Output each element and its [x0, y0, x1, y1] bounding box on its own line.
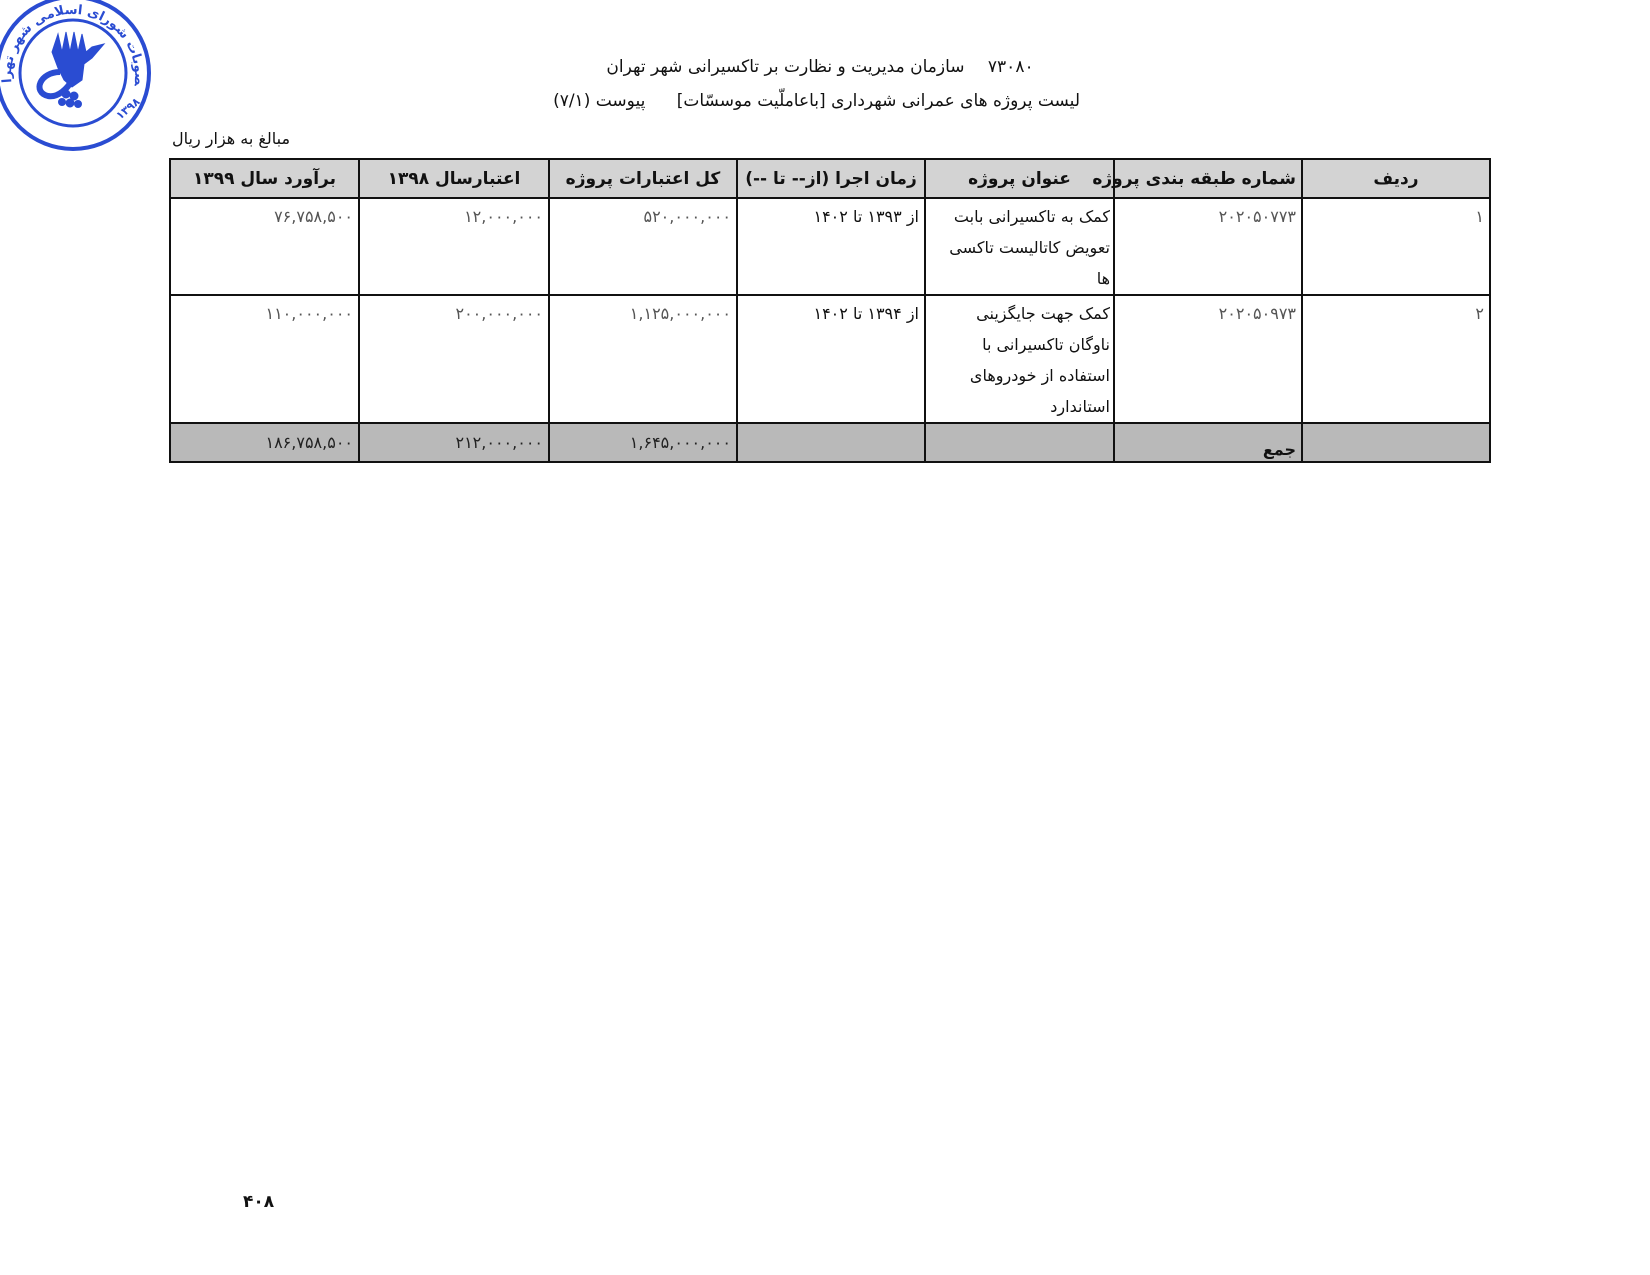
- council-stamp-icon: مصوبات شورای اسلامی شهر تهران ۱۳۹۸: [0, 0, 154, 154]
- organization-name: سازمان مدیریت و نظارت بر تاکسیرانی شهر ت…: [606, 57, 964, 77]
- estimate-1399-cell: ۷۶,۷۵۸,۵۰۰: [170, 198, 359, 295]
- row-number-cell: ۱: [1302, 198, 1490, 295]
- subtitle-text: لیست پروژه های عمرانی شهرداری [باعاملّیت…: [677, 91, 1080, 111]
- totals-row: جمع ۱,۶۴۵,۰۰۰,۰۰۰ ۲۱۲,۰۰۰,۰۰۰ ۱۸۶,۷۵۸,۵۰…: [170, 423, 1490, 462]
- estimate-1399-cell: ۱۱۰,۰۰۰,۰۰۰: [170, 295, 359, 423]
- document-header: ۷۳۰۸۰ سازمان مدیریت و نظارت بر تاکسیرانی…: [560, 50, 1080, 118]
- totals-credit-1398: ۲۱۲,۰۰۰,۰۰۰: [359, 423, 549, 462]
- row-number-cell: ۲: [1302, 295, 1490, 423]
- credit-1398-cell: ۱۲,۰۰۰,۰۰۰: [359, 198, 549, 295]
- period-cell: از ۱۳۹۳ تا ۱۴۰۲: [737, 198, 925, 295]
- column-header-total-credit: کل اعتبارات پروژه: [549, 159, 737, 198]
- page-number: ۴۰۸: [243, 1192, 274, 1212]
- column-header-estimate-1399: برآورد سال ۱۳۹۹: [170, 159, 359, 198]
- table-row: ۱ ۲۰۲۰۵۰۷۷۳ کمک به تاکسیرانی بابت تعویض …: [170, 198, 1490, 295]
- classification-cell: ۲۰۲۰۵۰۷۷۳: [1114, 198, 1302, 295]
- document-subtitle: لیست پروژه های عمرانی شهرداری [باعاملّیت…: [560, 84, 1080, 118]
- total-credit-cell: ۵۲۰,۰۰۰,۰۰۰: [549, 198, 737, 295]
- column-header-period: زمان اجرا (از-- تا --): [737, 159, 925, 198]
- total-credit-cell: ۱,۱۲۵,۰۰۰,۰۰۰: [549, 295, 737, 423]
- column-header-credit-1398: اعتبارسال ۱۳۹۸: [359, 159, 549, 198]
- appendix-label: پیوست (۷/۱): [553, 91, 645, 111]
- column-header-project-title: عنوان پروژه: [925, 159, 1114, 198]
- totals-empty-cell: [737, 423, 925, 462]
- column-header-row-number: ردیف: [1302, 159, 1490, 198]
- credit-1398-cell: ۲۰۰,۰۰۰,۰۰۰: [359, 295, 549, 423]
- organization-code: ۷۳۰۸۰: [988, 57, 1034, 77]
- totals-label: جمع: [1114, 423, 1302, 462]
- project-title-cell: کمک جهت جایگزینی ناوگان تاکسیرانی با است…: [925, 295, 1114, 423]
- organization-title: ۷۳۰۸۰ سازمان مدیریت و نظارت بر تاکسیرانی…: [560, 50, 1080, 84]
- projects-table: ردیف شماره طبقه بندی پروژه عنوان پروژه ز…: [169, 158, 1491, 463]
- classification-cell: ۲۰۲۰۵۰۹۷۳: [1114, 295, 1302, 423]
- column-header-classification: شماره طبقه بندی پروژه: [1114, 159, 1302, 198]
- period-cell: از ۱۳۹۴ تا ۱۴۰۲: [737, 295, 925, 423]
- currency-unit-label: مبالغ به هزار ریال: [172, 129, 290, 148]
- table-header-row: ردیف شماره طبقه بندی پروژه عنوان پروژه ز…: [170, 159, 1490, 198]
- totals-total-credit: ۱,۶۴۵,۰۰۰,۰۰۰: [549, 423, 737, 462]
- table-row: ۲ ۲۰۲۰۵۰۹۷۳ کمک جهت جایگزینی ناوگان تاکس…: [170, 295, 1490, 423]
- project-title-cell: کمک به تاکسیرانی بابت تعویض کاتالیست تاک…: [925, 198, 1114, 295]
- totals-estimate-1399: ۱۸۶,۷۵۸,۵۰۰: [170, 423, 359, 462]
- totals-empty-cell: [1302, 423, 1490, 462]
- totals-empty-cell: [925, 423, 1114, 462]
